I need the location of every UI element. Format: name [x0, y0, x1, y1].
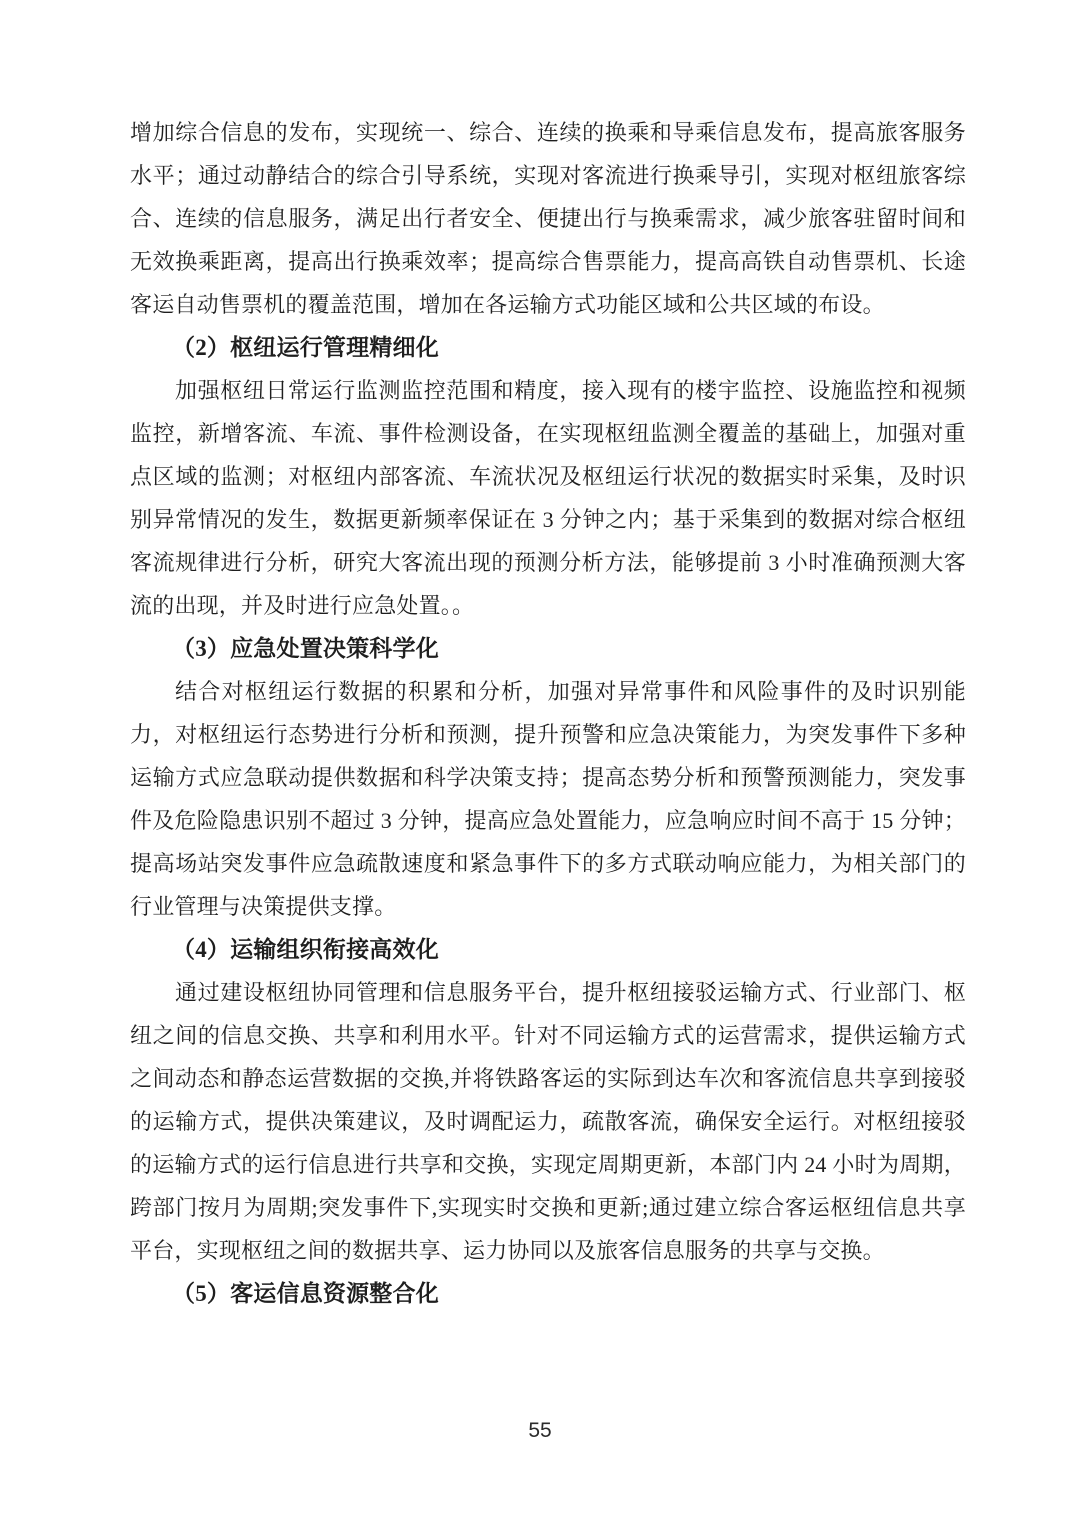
section-heading-5: （5）客运信息资源整合化 [130, 1272, 966, 1315]
document-page: 增加综合信息的发布，实现统一、综合、连续的换乘和导乘信息发布，提高旅客服务水平；… [0, 0, 1080, 1527]
section-heading-3: （3）应急处置决策科学化 [130, 627, 966, 670]
section-heading-4: （4）运输组织衔接高效化 [130, 928, 966, 971]
page-number: 55 [0, 1419, 1080, 1443]
body-paragraph: 结合对枢纽运行数据的积累和分析，加强对异常事件和风险事件的及时识别能力，对枢纽运… [130, 670, 966, 928]
document-body: 增加综合信息的发布，实现统一、综合、连续的换乘和导乘信息发布，提高旅客服务水平；… [130, 111, 966, 1315]
body-paragraph: 加强枢纽日常运行监测监控范围和精度，接入现有的楼宇监控、设施监控和视频监控，新增… [130, 369, 966, 627]
section-heading-2: （2）枢纽运行管理精细化 [130, 326, 966, 369]
body-paragraph: 增加综合信息的发布，实现统一、综合、连续的换乘和导乘信息发布，提高旅客服务水平；… [130, 111, 966, 326]
body-paragraph: 通过建设枢纽协同管理和信息服务平台，提升枢纽接驳运输方式、行业部门、枢纽之间的信… [130, 971, 966, 1272]
